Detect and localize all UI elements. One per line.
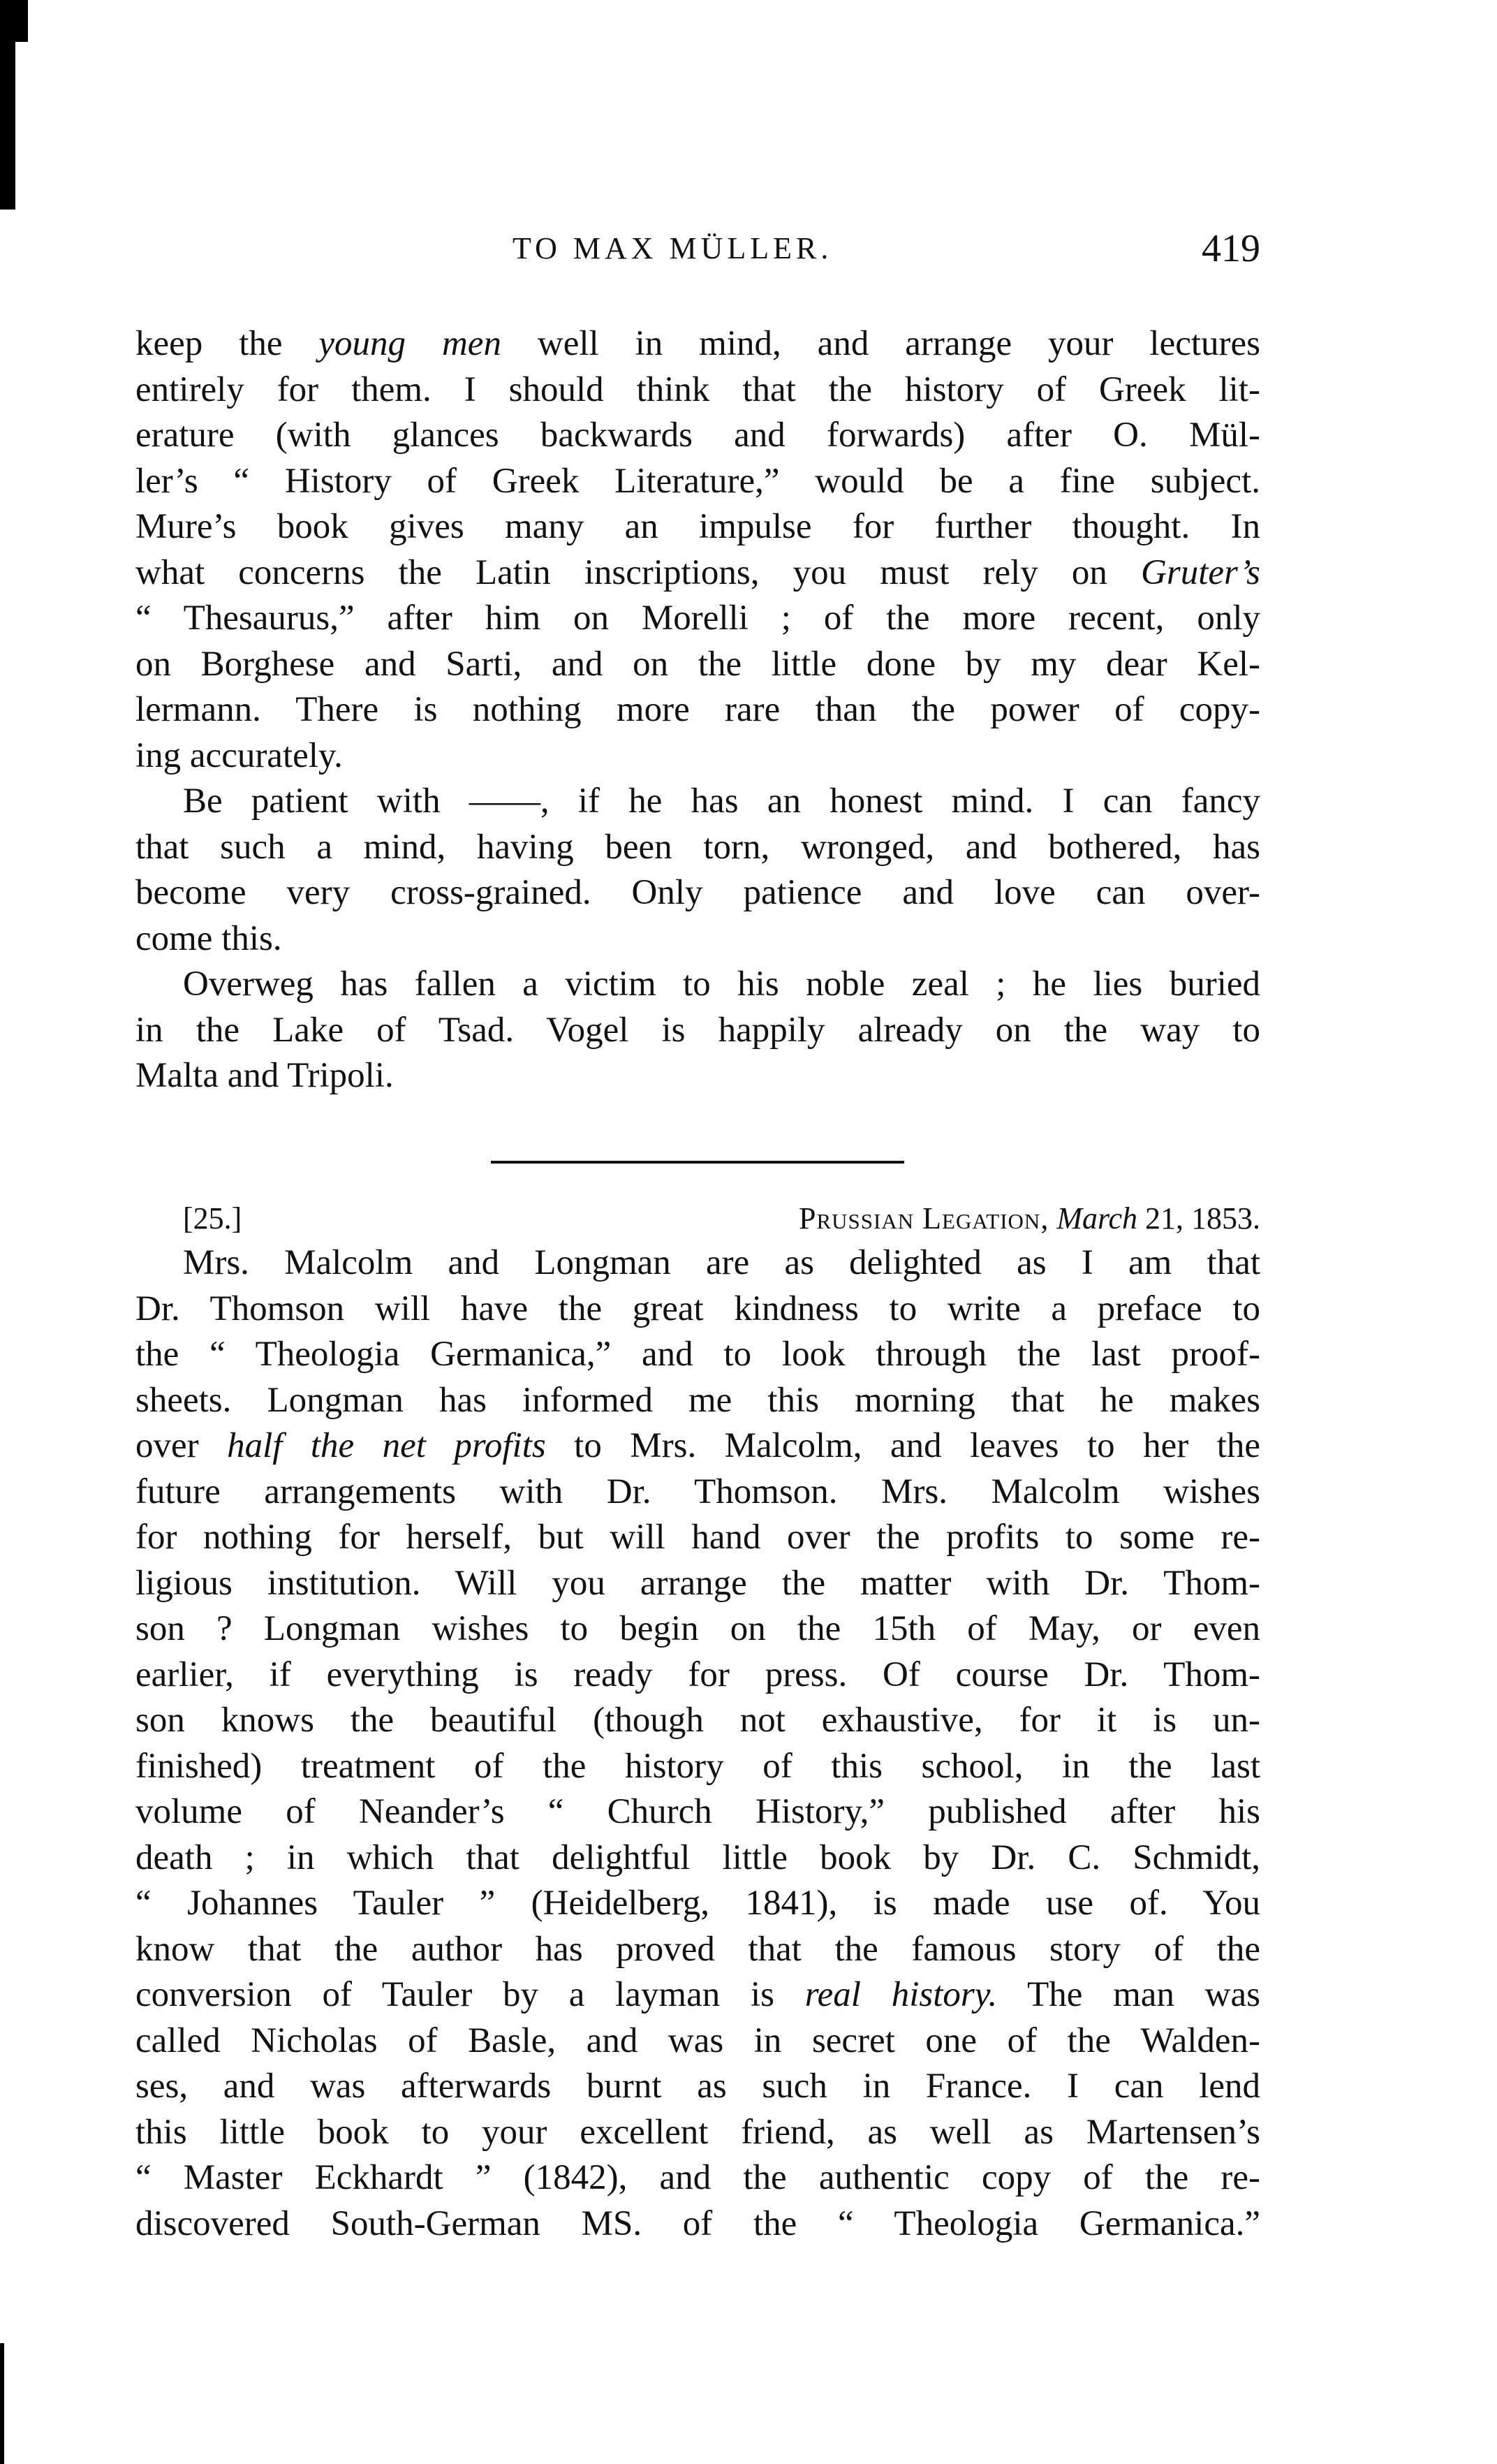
text-line: lermann. There is nothing more rare than… (135, 687, 1260, 733)
text-line: the “ Theologia Germanica,” and to look … (135, 1332, 1260, 1378)
scan-edge-shadow (0, 2343, 4, 2464)
text-run: over (135, 1426, 227, 1465)
letter-month: March (1056, 1201, 1137, 1235)
text-line: called Nicholas of Basle, and was in sec… (135, 2018, 1260, 2065)
text-line: ses, and was afterwards burnt as such in… (135, 2064, 1260, 2110)
text-line: come this. (135, 916, 1260, 962)
letter-number: [25.] (183, 1196, 242, 1241)
letter-body: Mrs. Malcolm and Longman are as delighte… (135, 1240, 1260, 2247)
text-line: in the Lake of Tsad. Vogel is happily al… (135, 1008, 1260, 1054)
text-run: ing accurately. (135, 736, 343, 775)
text-line: over half the net profits to Mrs. Malcol… (135, 1423, 1260, 1469)
text-run: know that the author has proved that the… (135, 1930, 1260, 1969)
italic-run: young men (318, 324, 501, 363)
text-run: son knows the beautiful (though not exha… (135, 1701, 1260, 1740)
text-line: son ? Longman wishes to begin on the 15t… (135, 1606, 1260, 1652)
text-line: that such a mind, having been torn, wron… (135, 825, 1260, 871)
text-line: on Borghese and Sarti, and on the little… (135, 642, 1260, 688)
text-line: for nothing for herself, but will hand o… (135, 1515, 1260, 1561)
text-run: to Mrs. Malcolm, and leaves to her the (546, 1426, 1260, 1465)
text-run: that such a mind, having been torn, wron… (135, 828, 1260, 867)
italic-run: Gruter’s (1141, 553, 1260, 592)
scan-edge-shadow (0, 0, 15, 210)
text-run: Be patient with ——, if he has an honest … (183, 782, 1260, 821)
text-line: “ Johannes Tauler ” (Heidelberg, 1841), … (135, 1881, 1260, 1927)
text-run: this little book to your excellent frien… (135, 2113, 1260, 2152)
text-line: know that the author has proved that the… (135, 1927, 1260, 1973)
text-run: Overweg has fallen a victim to his noble… (183, 965, 1260, 1004)
text-run: discovered South-German MS. of the “ The… (135, 2204, 1260, 2243)
text-run: called Nicholas of Basle, and was in sec… (135, 2021, 1260, 2060)
text-run: ler’s “ History of Greek Literature,” wo… (135, 462, 1260, 501)
text-line: this little book to your excellent frien… (135, 2110, 1260, 2156)
text-line: son knows the beautiful (though not exha… (135, 1698, 1260, 1744)
text-run: “ Master Eckhardt ” (1842), and the auth… (135, 2158, 1260, 2197)
text-line: ler’s “ History of Greek Literature,” wo… (135, 459, 1260, 505)
text-line: what concerns the Latin inscriptions, yo… (135, 550, 1260, 596)
text-line: earlier, if everything is ready for pres… (135, 1652, 1260, 1699)
text-line: conversion of Tauler by a layman is real… (135, 1972, 1260, 2018)
scan-edge-shadow (15, 0, 28, 42)
text-run: Mrs. Malcolm and Longman are as delighte… (183, 1243, 1260, 1282)
text-run: Malta and Tripoli. (135, 1056, 394, 1095)
text-run: “ Thesaurus,” after him on Morelli ; of … (135, 599, 1260, 638)
text-run: entirely for them. I should think that t… (135, 370, 1260, 409)
text-run: well in mind, and arrange your lectures (501, 324, 1260, 363)
text-line: volume of Neander’s “ Church History,” p… (135, 1789, 1260, 1835)
text-run: future arrangements with Dr. Thomson. Mr… (135, 1472, 1260, 1511)
text-run: erature (with glances backwards and forw… (135, 416, 1260, 455)
text-run: sheets. Longman has informed me this mor… (135, 1381, 1260, 1420)
running-title: TO MAX MÜLLER. (512, 230, 832, 266)
text-run: in the Lake of Tsad. Vogel is happily al… (135, 1011, 1260, 1050)
text-line: “ Thesaurus,” after him on Morelli ; of … (135, 596, 1260, 642)
letter-date: 21, 1853. (1145, 1201, 1260, 1235)
text-run: son ? Longman wishes to begin on the 15t… (135, 1609, 1260, 1648)
text-line: Be patient with ——, if he has an honest … (135, 779, 1260, 825)
text-line: Malta and Tripoli. (135, 1053, 1260, 1099)
text-run: finished) treatment of the history of th… (135, 1747, 1260, 1786)
text-line: become very cross-grained. Only patience… (135, 870, 1260, 916)
text-run: ligious institution. Will you arrange th… (135, 1564, 1260, 1603)
text-run: for nothing for herself, but will hand o… (135, 1518, 1260, 1557)
text-line: Overweg has fallen a victim to his noble… (135, 962, 1260, 1008)
letter-heading: [25.] Prussian Legation, March 21, 1853. (183, 1196, 1260, 1241)
text-run: volume of Neander’s “ Church History,” p… (135, 1792, 1260, 1831)
letter-place: Prussian Legation, (799, 1201, 1049, 1235)
text-line: ing accurately. (135, 733, 1260, 779)
text-run: lermann. There is nothing more rare than… (135, 690, 1260, 729)
text-line: death ; in which that delightful little … (135, 1835, 1260, 1882)
text-run: death ; in which that delightful little … (135, 1838, 1260, 1877)
text-run: conversion of Tauler by a layman is (135, 1975, 805, 2014)
letter-body-continued: keep the young men well in mind, and arr… (135, 321, 1260, 1099)
text-line: Mure’s book gives many an impulse for fu… (135, 504, 1260, 550)
text-run: what concerns the Latin inscriptions, yo… (135, 553, 1141, 592)
text-line: entirely for them. I should think that t… (135, 367, 1260, 413)
text-run: become very cross-grained. Only patience… (135, 873, 1260, 912)
italic-run: real history. (805, 1975, 998, 2014)
letter-place-date: Prussian Legation, March 21, 1853. (799, 1196, 1260, 1241)
text-line: sheets. Longman has informed me this mor… (135, 1378, 1260, 1424)
text-run: keep the (135, 324, 318, 363)
text-line: keep the young men well in mind, and arr… (135, 321, 1260, 367)
text-line: Dr. Thomson will have the great kindness… (135, 1286, 1260, 1333)
text-run: the “ Theologia Germanica,” and to look … (135, 1335, 1260, 1374)
text-line: finished) treatment of the history of th… (135, 1744, 1260, 1790)
text-line: future arrangements with Dr. Thomson. Mr… (135, 1469, 1260, 1516)
text-run: Mure’s book gives many an impulse for fu… (135, 507, 1260, 546)
section-divider-rule (491, 1161, 904, 1164)
text-run: earlier, if everything is ready for pres… (135, 1655, 1260, 1694)
text-line: discovered South-German MS. of the “ The… (135, 2201, 1260, 2247)
page-number: 419 (1202, 226, 1260, 271)
text-line: erature (with glances backwards and forw… (135, 413, 1260, 459)
text-run: Dr. Thomson will have the great kindness… (135, 1289, 1260, 1328)
text-run: The man was (997, 1975, 1260, 2014)
text-line: Mrs. Malcolm and Longman are as delighte… (135, 1240, 1260, 1286)
text-run: “ Johannes Tauler ” (Heidelberg, 1841), … (135, 1884, 1260, 1923)
text-line: “ Master Eckhardt ” (1842), and the auth… (135, 2155, 1260, 2201)
text-run: ses, and was afterwards burnt as such in… (135, 2067, 1260, 2106)
text-run: on Borghese and Sarti, and on the little… (135, 645, 1260, 684)
text-line: ligious institution. Will you arrange th… (135, 1561, 1260, 1607)
text-run: come this. (135, 919, 282, 958)
italic-run: half the net profits (227, 1426, 546, 1465)
running-head: TO MAX MÜLLER. 419 (135, 230, 1260, 279)
